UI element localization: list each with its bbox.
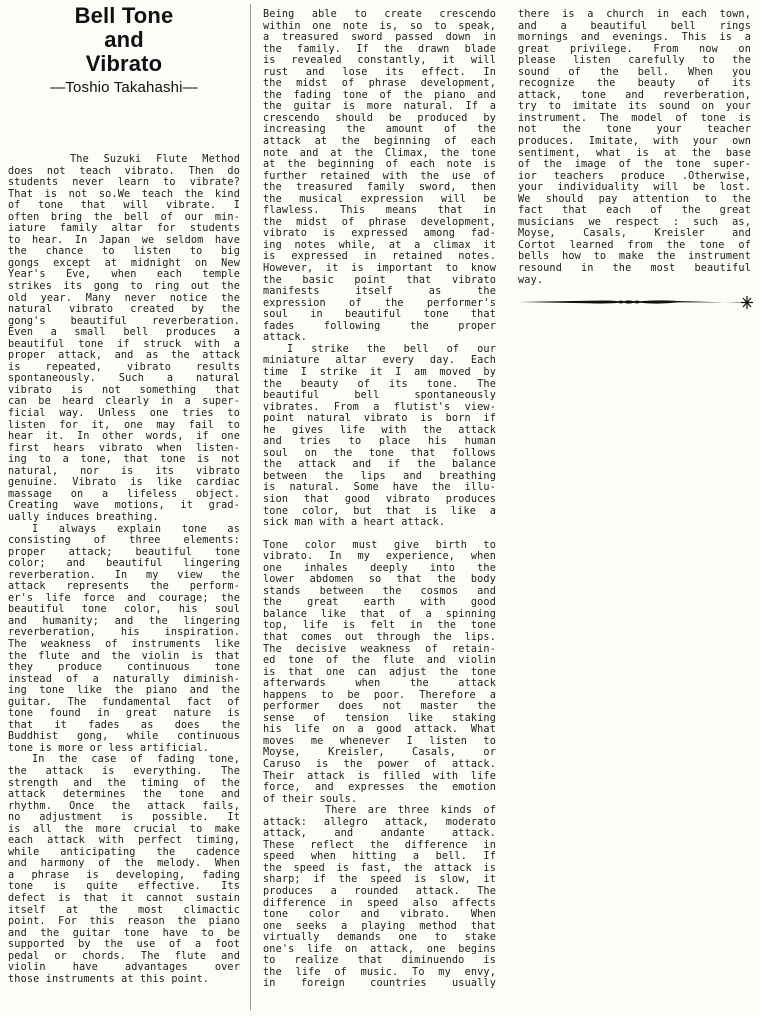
text-line: each attack with perfect timing, — [8, 835, 240, 847]
text-line: I always explain tone as — [8, 524, 240, 536]
text-line: violin have advantages over — [8, 962, 240, 974]
text-line: ior teachers produce .Otherwise, — [518, 171, 751, 183]
text-line: and tries to place his human — [263, 436, 496, 448]
text-line: produces a rounded attack. The — [263, 886, 496, 898]
text-line: The Suzuki Flute Method — [8, 154, 240, 166]
text-line: However, it is important to know — [263, 263, 496, 275]
text-line: stands between the cosmos and — [263, 586, 496, 598]
text-line: tone color and vibrato. When — [263, 909, 496, 921]
text-line: while anticipating the cadence — [8, 847, 240, 859]
text-line: way. — [518, 275, 751, 287]
text-line: bells how to make the instrument — [518, 251, 751, 263]
article-column-1: Bell Tone and Vibrato —Toshio Takahashi—… — [8, 0, 240, 985]
text-line: ing to a tone, that tone is not — [8, 454, 240, 466]
text-line: the family. If the drawn blade — [263, 44, 496, 56]
text-line: musicians we respect : such as, — [518, 217, 751, 229]
author-byline: —Toshio Takahashi— — [8, 82, 240, 94]
title-line: and — [8, 28, 240, 52]
text-line: students never learn to vibrate? — [8, 177, 240, 189]
paragraph: I always explain tone asconsisting of th… — [8, 524, 240, 755]
text-line: of the image of the tone super- — [518, 159, 751, 171]
text-line: afterwards when the attack — [263, 678, 496, 690]
text-line: is natural. Some have the illu- — [263, 482, 496, 494]
text-line: strikes its gong to ring out the — [8, 281, 240, 293]
text-line: Moyse, Casals, Kreisler and — [518, 228, 751, 240]
text-line: does not teach vibrato. Then do — [8, 166, 240, 178]
text-line: that comes out through the lips. — [263, 632, 496, 644]
text-line: those instruments at this point. — [8, 974, 240, 986]
text-line: rhythm. Once the attack fails, — [8, 801, 240, 813]
text-line: iature family altar for students — [8, 223, 240, 235]
text-line: sentiment, what is at the base — [518, 148, 751, 160]
text-line: rust and lose its effect. In — [263, 67, 496, 79]
text-line: pedal or chords. The flute and — [8, 951, 240, 963]
text-line: a phrase is developing, fading — [8, 870, 240, 882]
text-line: reverberation, his inspiration. — [8, 627, 240, 639]
text-line: the beauty of its tone. The — [263, 379, 496, 391]
text-line: the great earth with good — [263, 597, 496, 609]
article-column-2: Being able to create crescendowithin one… — [263, 9, 496, 990]
text-line: is repeated, vibrato results — [8, 362, 240, 374]
text-line: sharp; if the speed is slow, it — [263, 874, 496, 886]
text-line: please listen carefully to the — [518, 55, 751, 67]
text-line: to realize that diminuendo is — [263, 955, 496, 967]
text-line: proper attack, and as the attack — [8, 350, 240, 362]
text-line: crescendo should be produced by — [263, 113, 496, 125]
text-line: manifests itself as the — [263, 286, 496, 298]
text-line: tone found in great nature is — [8, 708, 240, 720]
text-line: point natural vibrato is born if — [263, 413, 496, 425]
text-line: often bring the bell of our min- — [8, 212, 240, 224]
text-line: Buddhist gong, while continuous — [8, 731, 240, 743]
text-line: These reflect the difference in — [263, 840, 496, 852]
text-line: beautiful tone color, his soul — [8, 604, 240, 616]
text-line: there is a church in each town, — [518, 9, 751, 21]
text-line: tone is more or less artificial. — [8, 743, 240, 755]
text-line: That is not so.We teach the kind — [8, 189, 240, 201]
text-line: vibrato is expressed among fad- — [263, 228, 496, 240]
text-line: your individuality will be lost. — [518, 182, 751, 194]
text-line: flawless. This means that in — [263, 205, 496, 217]
text-line: soul on the tone that follows — [263, 448, 496, 460]
text-line: attack: allegro attack, moderato — [263, 817, 496, 829]
text-line: in foreign countries usually — [263, 978, 496, 990]
text-line: that it fades as does the — [8, 720, 240, 732]
text-line: he gives life with the attack — [263, 425, 496, 437]
text-line: they produce continuous tone — [8, 662, 240, 674]
text-line: color; and beautiful lingering — [8, 558, 240, 570]
text-line: spontaneously. Such a natural — [8, 373, 240, 385]
text-line: soul in beautiful tone that — [263, 309, 496, 321]
text-line: genuine. Vibrato is like cardiac — [8, 477, 240, 489]
text-line: massage on a lifeless object. — [8, 489, 240, 501]
text-line: is that one can adjust the tone — [263, 667, 496, 679]
text-line: ficial way. Unless one tries to — [8, 408, 240, 420]
text-line: the attack is everything. The — [8, 766, 240, 778]
article-page: Bell Tone and Vibrato —Toshio Takahashi—… — [0, 0, 760, 1016]
text-line: and a beautiful bell rings — [518, 21, 751, 33]
text-line: is expressed in retained notes. — [263, 251, 496, 263]
text-line: the fading tone of the piano and — [263, 90, 496, 102]
text-line: virtually demands one to stake — [263, 932, 496, 944]
text-line: of tone that will vibrate. I — [8, 200, 240, 212]
text-line: the chance to listen to big — [8, 246, 240, 258]
text-line: force, and expresses the emotion — [263, 782, 496, 794]
text-line: one inhales deeply into the — [263, 563, 496, 575]
column-body: The Suzuki Flute Methoddoes not teach vi… — [8, 154, 240, 985]
text-line: gong's beautiful reverberation. — [8, 316, 240, 328]
text-line: vibrato is not something that — [8, 385, 240, 397]
text-line: sion that good vibrato produces — [263, 494, 496, 506]
text-line: The decisive weakness of retain- — [263, 644, 496, 656]
text-line: gongs except at midnight on New — [8, 258, 240, 270]
text-line: tone is quite effective. Its — [8, 881, 240, 893]
text-line: itself at the most climactic — [8, 905, 240, 917]
text-line: er's life force and courage; the — [8, 593, 240, 605]
text-line: resound in the most beautiful — [518, 263, 751, 275]
text-line: time I strike it I am moved by — [263, 367, 496, 379]
text-line: a treasured sword passed down in — [263, 32, 496, 44]
text-line: vibrato. In my experience, when — [263, 551, 496, 563]
text-line: mornings and evenings. This is a — [518, 32, 751, 44]
paragraph: In the case of fading tone,the attack is… — [8, 754, 240, 985]
text-line: reverberation. In my view the — [8, 570, 240, 582]
text-line: guitar. The fundamental fact of — [8, 697, 240, 709]
text-line: the midst of phrase development, — [263, 78, 496, 90]
text-line: the attack and if the balance — [263, 459, 496, 471]
text-line: natural, nor is its vibrato — [8, 466, 240, 478]
text-line: one seeks a playing method that — [263, 921, 496, 933]
text-line: the musical expression will be — [263, 194, 496, 206]
text-line: attack. — [263, 332, 496, 344]
text-line: fades following the proper — [263, 321, 496, 333]
text-line: the guitar is more natural. If a — [263, 101, 496, 113]
column-body: Being able to create crescendowithin one… — [263, 9, 496, 990]
text-line: sense of tension like staking — [263, 713, 496, 725]
text-line: attack represents the perform- — [8, 581, 240, 593]
text-line: old year. Many never notice the — [8, 293, 240, 305]
text-line: at the beginning of each note is — [263, 159, 496, 171]
text-line: sick man with a heart attack. — [263, 517, 496, 529]
title-line: Vibrato — [8, 52, 240, 76]
text-line: Cortot learned from the tone of — [518, 240, 751, 252]
end-flourish-icon — [518, 294, 754, 310]
text-line: between the lips and breathing — [263, 471, 496, 483]
paragraph: there is a church in each town,and a bea… — [518, 9, 751, 286]
paragraph: Tone color must give birth tovibrato. In… — [263, 540, 496, 806]
paragraph: There are three kinds ofattack: allegro … — [263, 805, 496, 990]
title-line: Bell Tone — [8, 4, 240, 28]
paragraph: Being able to create crescendowithin one… — [263, 9, 496, 344]
text-line: beautiful bell spontaneously — [263, 390, 496, 402]
text-line: In the case of fading tone, — [8, 754, 240, 766]
text-line: moves me whenever I listen to — [263, 736, 496, 748]
text-line: and humanity; and the lingering — [8, 616, 240, 628]
text-line: happens to be poor. Therefore a — [263, 690, 496, 702]
text-line: instrument. The model of tone is — [518, 113, 751, 125]
text-line: listen for it, one may fail to — [8, 420, 240, 432]
text-line: consisting of three elements: — [8, 535, 240, 547]
text-line: tone color, but that is like a — [263, 506, 496, 518]
text-line: Being able to create crescendo — [263, 9, 496, 21]
text-line: further retained with the use of — [263, 171, 496, 183]
text-line: great privilege. From now on — [518, 44, 751, 56]
text-line: attack determines the tone and — [8, 789, 240, 801]
text-line: miniature altar every day. Each — [263, 355, 496, 367]
text-line: top, life is felt in the tone — [263, 620, 496, 632]
text-line: and the guitar tone have to be — [8, 928, 240, 940]
text-line: ed tone of the flute and violin — [263, 655, 496, 667]
text-line: Even a small bell produces a — [8, 327, 240, 339]
text-line: point. For this reason the piano — [8, 916, 240, 928]
text-line: hear it. In other words, if one — [8, 431, 240, 443]
text-line: ing tone like the piano and the — [8, 685, 240, 697]
text-line: to hear. In Japan we seldom have — [8, 235, 240, 247]
text-line: defect is that it cannot sustain — [8, 893, 240, 905]
text-line: first hears vibrato when listen- — [8, 443, 240, 455]
text-line: attack, tone and reverberation, — [518, 90, 751, 102]
text-line: I strike the bell of our — [263, 344, 496, 356]
text-line: expression of the performer's — [263, 298, 496, 310]
text-line: performer does not master the — [263, 701, 496, 713]
text-line: is revealed constantly, it will — [263, 55, 496, 67]
text-line: proper attack; beautiful tone — [8, 547, 240, 559]
paragraph: The Suzuki Flute Methoddoes not teach vi… — [8, 154, 240, 524]
text-line: the treasured family sword, then — [263, 182, 496, 194]
text-line: recognize the beauty of its — [518, 78, 751, 90]
text-line: try to imitate its sound on your — [518, 101, 751, 113]
text-line: attack, and andante attack. — [263, 828, 496, 840]
text-line: ually induces breathing. — [8, 512, 240, 524]
text-line: The weakness of instruments like — [8, 639, 240, 651]
text-line: instead of a naturally diminish- — [8, 674, 240, 686]
text-line: the basic point that vibrato — [263, 275, 496, 287]
text-line: Caruso is the power of attack. — [263, 759, 496, 771]
text-line: strength and the timing of the — [8, 778, 240, 790]
article-title: Bell Tone and Vibrato — [8, 4, 240, 76]
text-line: his life on a good attack. What — [263, 724, 496, 736]
text-line: Tone color must give birth to — [263, 540, 496, 552]
text-line: vibrates. From a flutist's view- — [263, 402, 496, 414]
text-line: the speed is fast, the attack is — [263, 863, 496, 875]
article-column-3: there is a church in each town,and a bea… — [518, 9, 751, 310]
text-line: note and at the Climax, the tone — [263, 148, 496, 160]
column-body: there is a church in each town,and a bea… — [518, 9, 751, 286]
text-line: lower abdomen so that the body — [263, 574, 496, 586]
text-line: balance like that of a spinning — [263, 609, 496, 621]
text-line: sound of the bell. When you — [518, 67, 751, 79]
text-line: the flute and the violin is that — [8, 651, 240, 663]
text-line: of their souls. — [263, 794, 496, 806]
text-line: produces. Imitate, with your own — [518, 136, 751, 148]
text-line: within one note is, so to speak, — [263, 21, 496, 33]
text-line: Creating wave motions, it grad- — [8, 500, 240, 512]
text-line: difference in speed also affects — [263, 898, 496, 910]
text-line: Year's Eve, when each temple — [8, 269, 240, 281]
paragraph: I strike the bell of ourminiature altar … — [263, 344, 496, 529]
text-line: is all the more crucial to make — [8, 824, 240, 836]
text-line: and harmony of the melody. When — [8, 858, 240, 870]
text-line: not the tone your teacher — [518, 124, 751, 136]
text-line: fact that each of the great — [518, 205, 751, 217]
text-line: We should pay attention to the — [518, 194, 751, 206]
text-line: Moyse, Kreisler, Casals, or — [263, 747, 496, 759]
text-line: the life of music. To my envy, — [263, 967, 496, 979]
article-header: Bell Tone and Vibrato —Toshio Takahashi— — [8, 0, 240, 154]
text-line: Their attack is filled with life — [263, 771, 496, 783]
text-line: natural vibrato created by the — [8, 304, 240, 316]
text-line: can be heard clearly in a super- — [8, 396, 240, 408]
text-line: no adjustment is possible. It — [8, 812, 240, 824]
text-line: the midst of phrase development, — [263, 217, 496, 229]
text-line: attack at the beginning of each — [263, 136, 496, 148]
text-line: speed when hitting a bell. If — [263, 851, 496, 863]
column-divider — [250, 4, 251, 1010]
text-line: one's life on attack, one begins — [263, 944, 496, 956]
text-line: supported by the use of a foot — [8, 939, 240, 951]
text-line: There are three kinds of — [263, 805, 496, 817]
text-line: ing notes while, at a climax it — [263, 240, 496, 252]
text-line: increasing the amount of the — [263, 124, 496, 136]
text-line: beautiful tone if struck with a — [8, 339, 240, 351]
